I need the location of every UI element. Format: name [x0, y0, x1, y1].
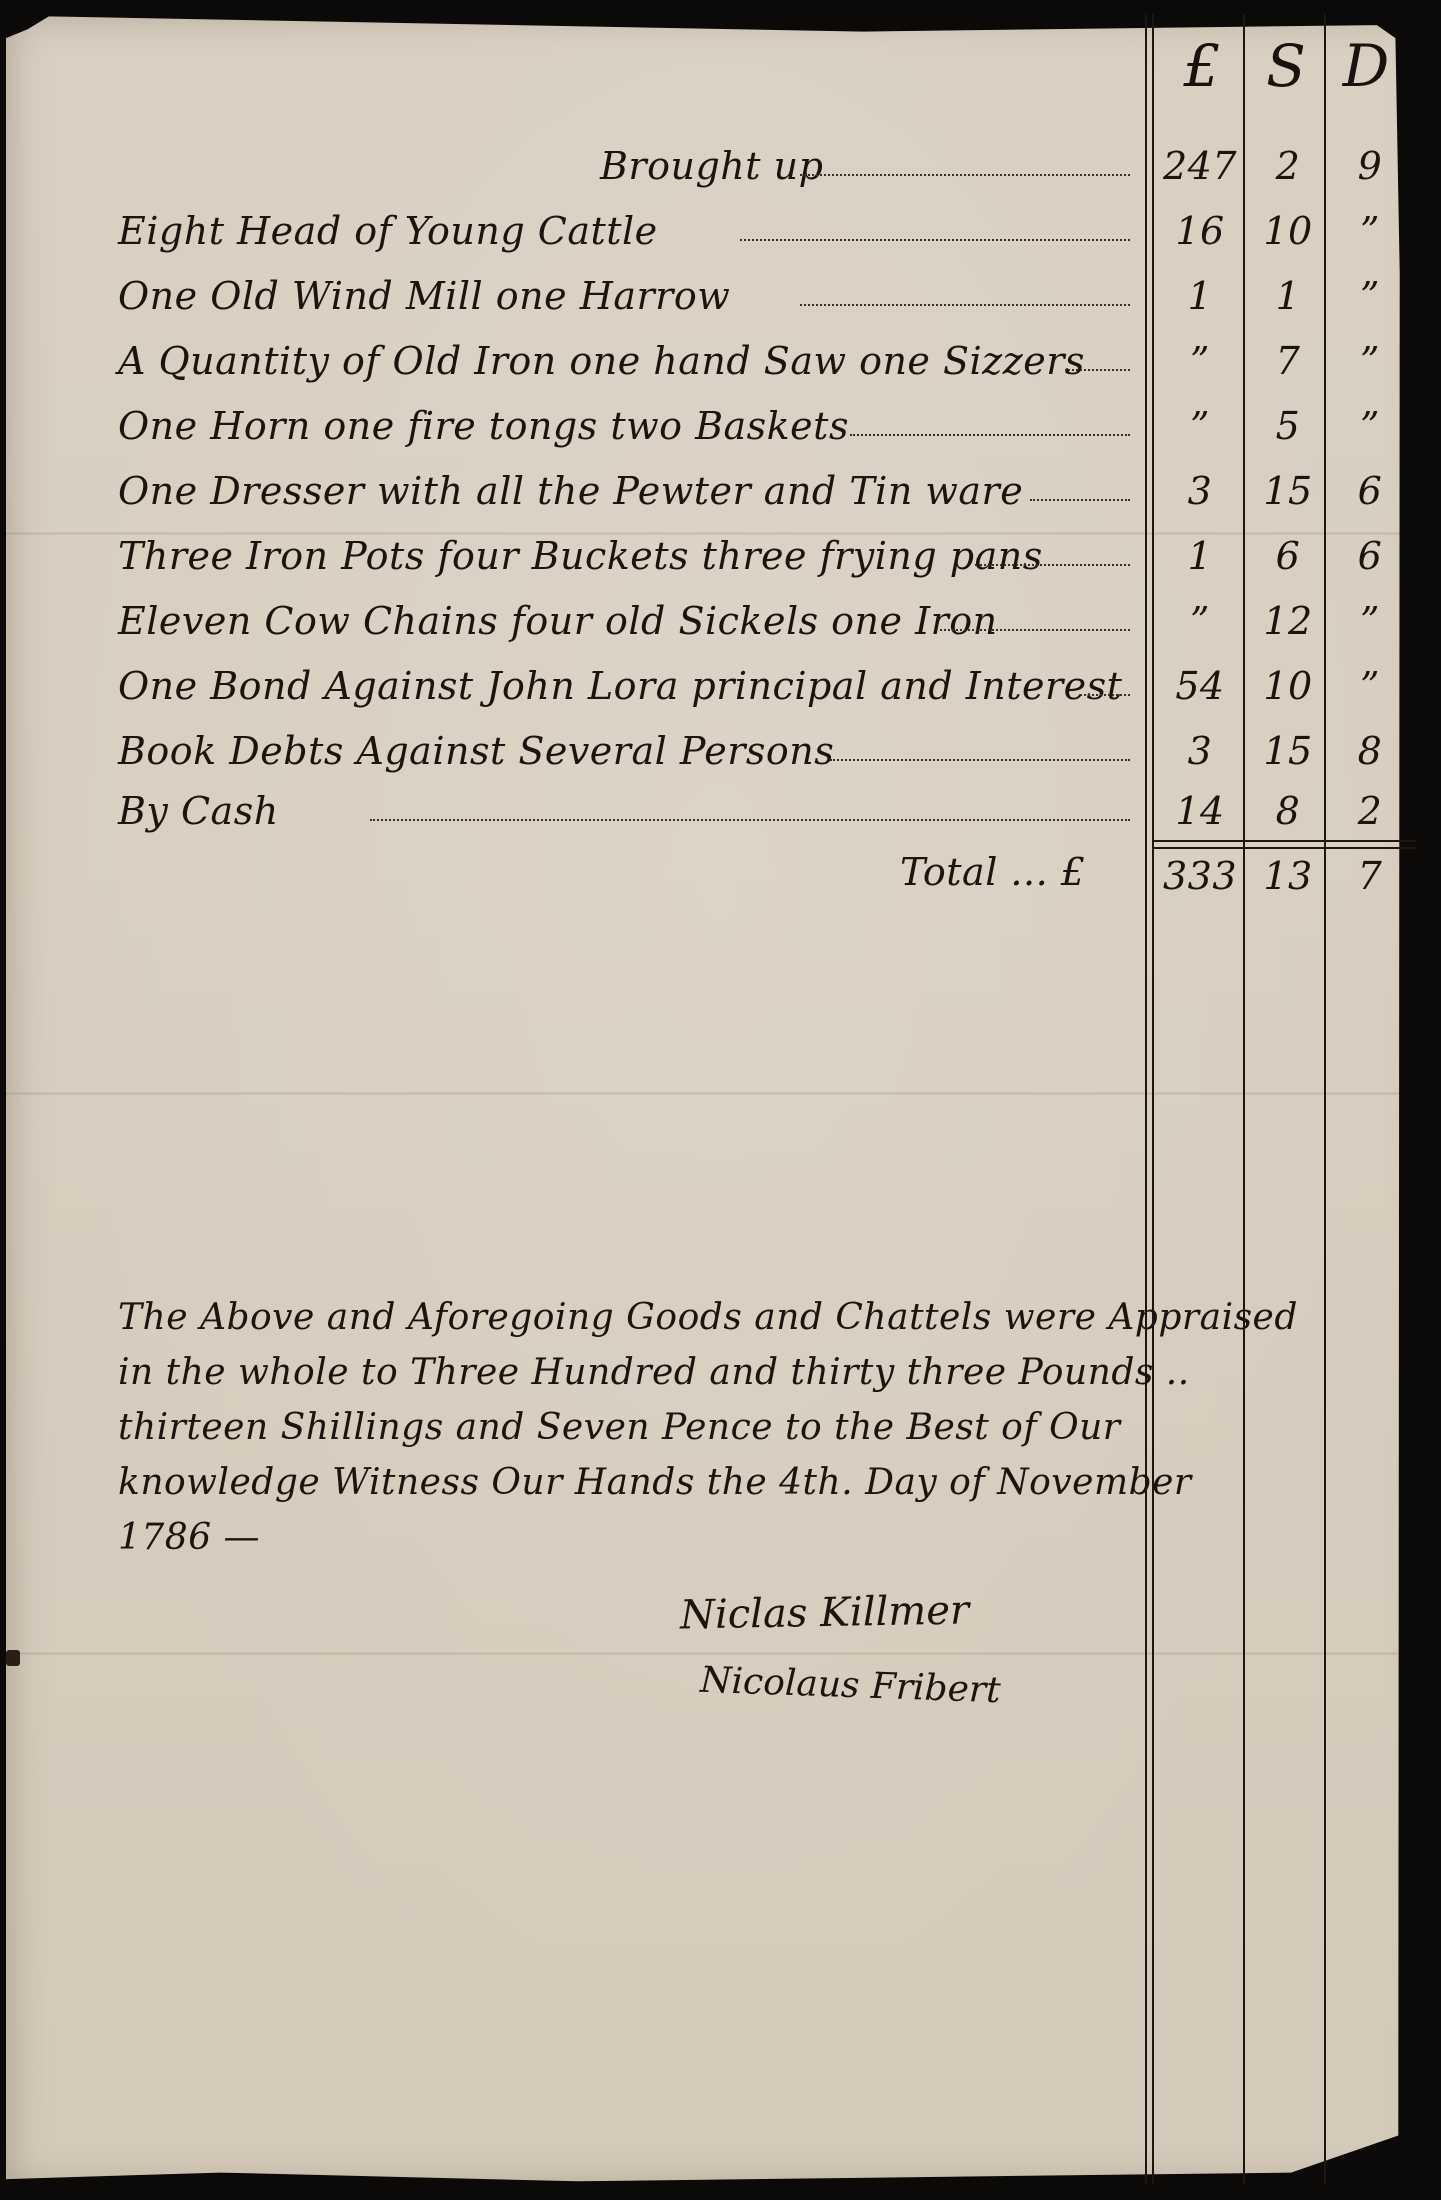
pence-value: 6	[1330, 469, 1410, 513]
pence-value: ”	[1330, 599, 1410, 643]
shillings-value: 15	[1248, 469, 1328, 513]
pounds-value: 54	[1160, 664, 1240, 708]
pence-value: 2	[1330, 789, 1410, 833]
inventory-row: One Old Wind Mill one Harrow 1 1 ”	[0, 270, 1441, 330]
leader-dots	[940, 629, 1130, 631]
pence-value: ”	[1330, 339, 1410, 383]
leader-dots	[1080, 694, 1130, 696]
pence-value: ”	[1330, 404, 1410, 448]
attestation-line: knowledge Witness Our Hands the 4th. Day…	[118, 1455, 1148, 1510]
attestation-line: thirteen Shillings and Seven Pence to th…	[118, 1400, 1148, 1455]
total-pounds: 333	[1160, 854, 1240, 898]
leader-dots	[740, 239, 1130, 241]
pounds-value: ”	[1160, 339, 1240, 383]
pence-value: 8	[1330, 729, 1410, 773]
shillings-value: 6	[1248, 534, 1328, 578]
pence-column-header: D	[1326, 32, 1406, 100]
inventory-row: Three Iron Pots four Buckets three fryin…	[0, 530, 1441, 590]
item-description: A Quantity of Old Iron one hand Saw one …	[118, 339, 1085, 383]
pence-value: 6	[1330, 534, 1410, 578]
total-row: Total ... £ 333 13 7	[0, 850, 1441, 910]
signature-appraiser-1: Niclas Killmer	[680, 1587, 970, 1638]
pounds-value: 1	[1160, 534, 1240, 578]
leader-dots	[850, 434, 1130, 436]
leader-dots	[975, 564, 1130, 566]
pounds-column-header: £	[1162, 32, 1242, 100]
shillings-column-header: S	[1246, 32, 1326, 100]
item-description: Three Iron Pots four Buckets three fryin…	[118, 534, 1043, 578]
attestation-date: 1786 —	[118, 1510, 1148, 1565]
pence-value: ”	[1330, 664, 1410, 708]
total-label: Total ... £	[900, 850, 1085, 894]
shillings-value: 12	[1248, 599, 1328, 643]
ink-stain	[6, 1650, 20, 1666]
shillings-value: 2	[1248, 144, 1328, 188]
shillings-value: 10	[1248, 664, 1328, 708]
pounds-value: 16	[1160, 209, 1240, 253]
leader-dots	[1030, 499, 1130, 501]
attestation-line: in the whole to Three Hundred and thirty…	[118, 1345, 1148, 1400]
shillings-value: 8	[1248, 789, 1328, 833]
shillings-value: 15	[1248, 729, 1328, 773]
item-description: Eight Head of Young Cattle	[118, 209, 658, 253]
shillings-value: 7	[1248, 339, 1328, 383]
attestation-line: The Above and Aforegoing Goods and Chatt…	[118, 1290, 1148, 1345]
item-description: One Dresser with all the Pewter and Tin …	[118, 469, 1023, 513]
shillings-value: 1	[1248, 274, 1328, 318]
pence-value: ”	[1330, 274, 1410, 318]
inventory-row: One Horn one fire tongs two Baskets ” 5 …	[0, 400, 1441, 460]
leader-dots	[800, 304, 1130, 306]
inventory-row: Eleven Cow Chains four old Sickels one I…	[0, 595, 1441, 655]
pounds-value: 1	[1160, 274, 1240, 318]
pence-value: ”	[1330, 209, 1410, 253]
brought-up-label: Brought up	[600, 144, 823, 188]
pence-value: 9	[1330, 144, 1410, 188]
leader-dots	[1065, 369, 1130, 371]
shillings-value: 10	[1248, 209, 1328, 253]
leader-dots	[800, 174, 1130, 176]
pounds-value: ”	[1160, 404, 1240, 448]
pounds-value: 14	[1160, 789, 1240, 833]
pounds-value: ”	[1160, 599, 1240, 643]
total-shillings: 13	[1248, 854, 1328, 898]
fold-crease	[6, 1652, 1434, 1655]
pounds-value: 3	[1160, 729, 1240, 773]
inventory-row: By Cash 14 8 2	[0, 785, 1441, 845]
item-description: Book Debts Against Several Persons	[118, 729, 834, 773]
item-description: Eleven Cow Chains four old Sickels one I…	[118, 599, 998, 643]
fold-crease	[6, 1092, 1434, 1095]
inventory-row: Eight Head of Young Cattle 16 10 ”	[0, 205, 1441, 265]
item-description: One Old Wind Mill one Harrow	[118, 274, 730, 318]
inventory-row: Book Debts Against Several Persons 3 15 …	[0, 725, 1441, 785]
attestation-paragraph: The Above and Aforegoing Goods and Chatt…	[118, 1290, 1148, 1565]
leader-dots	[830, 759, 1130, 761]
item-description: By Cash	[118, 789, 279, 833]
brought-up-row: Brought up 247 2 9	[0, 140, 1441, 200]
inventory-row: A Quantity of Old Iron one hand Saw one …	[0, 335, 1441, 395]
total-double-rule	[1152, 840, 1416, 849]
pounds-value: 3	[1160, 469, 1240, 513]
item-description: One Bond Against John Lora principal and…	[118, 664, 1122, 708]
shillings-value: 5	[1248, 404, 1328, 448]
inventory-row: One Bond Against John Lora principal and…	[0, 660, 1441, 720]
total-pence: 7	[1330, 854, 1410, 898]
leader-dots	[370, 819, 1130, 821]
item-description: One Horn one fire tongs two Baskets	[118, 404, 849, 448]
inventory-row: One Dresser with all the Pewter and Tin …	[0, 465, 1441, 525]
pounds-value: 247	[1160, 144, 1240, 188]
